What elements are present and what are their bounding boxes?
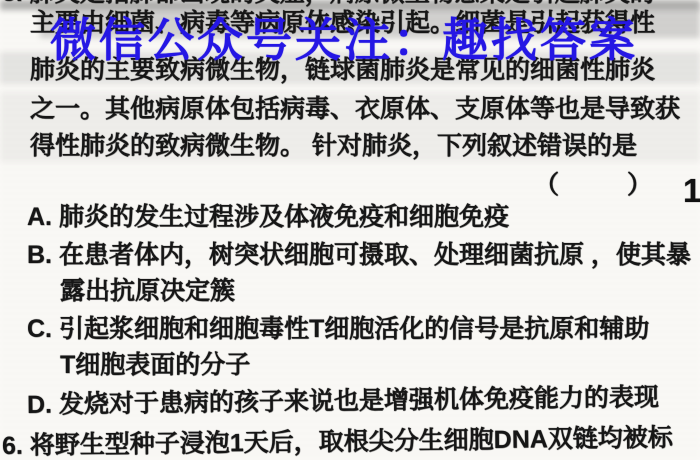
watermark-text: 微信公众号关注：趣找答案 [50,4,638,70]
answer-brackets: （ ） [534,170,658,200]
option-b-line-2: 露出抗原决定簇 [60,276,235,306]
option-a: A. 肺炎的发生过程涉及体液免疫和细胞免疫 [27,202,509,232]
next-question-line-clipped: 6. 将野生型种子浸泡1天后，取根尖分生细胞DNA双链均被标 [2,423,673,460]
option-b-line-1: B. 在患者体内，树突状细胞可摄取、处理细菌抗原 ，使其暴 [27,240,691,270]
option-d: D. 发烧对于患病的孩子来说也是增强机体免疫能力的表现 [27,382,659,420]
stem-line-5: 得性肺炎的致病微生物。 针对肺炎，下列叙述错误的是 [30,131,637,161]
option-c-line-2: T细胞表面的分子 [60,350,250,380]
scanned-exam-page: 5. 肺炎是指肺部出现的炎症，病原微生物感染是引起肺炎的 主要由细菌、病毒等病原… [0,0,700,460]
option-c-line-1: C. 引起浆细胞和细胞毒性T细胞活化的信号是抗原和辅助 [27,314,649,344]
page-number: 1 [683,172,700,210]
stem-line-4: 之一。其他病原体包括病毒、衣原体、支原体等也是导致获 [30,94,680,124]
